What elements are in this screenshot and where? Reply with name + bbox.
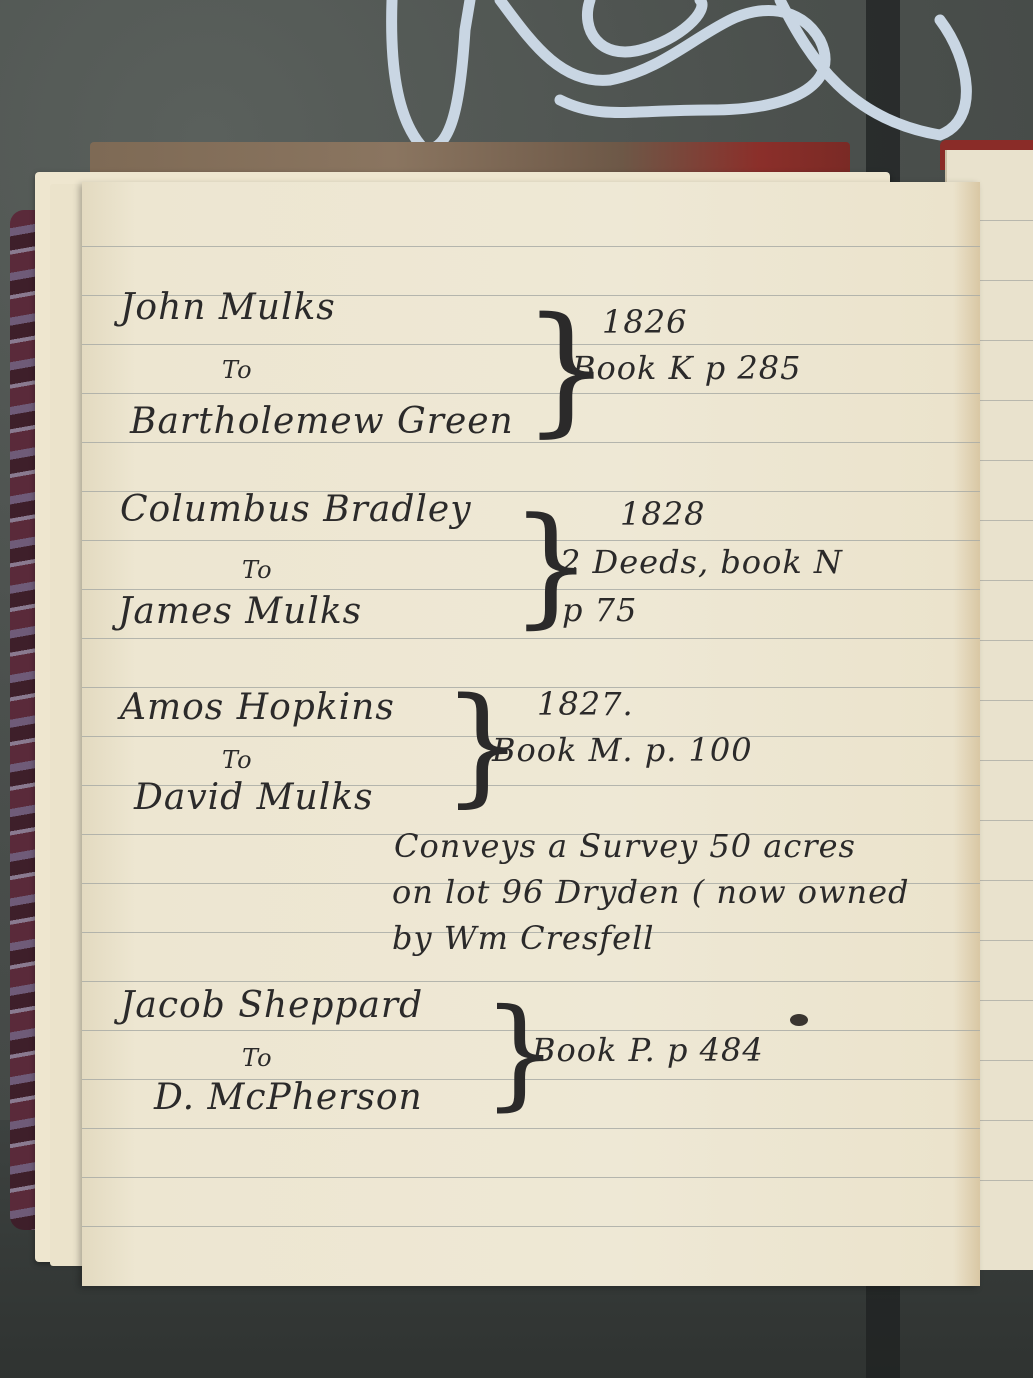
connector-to: To bbox=[242, 558, 273, 582]
grantor-name: Amos Hopkins bbox=[120, 690, 395, 726]
ledger-page: John Mulks To Bartholemew Green } 1826 B… bbox=[82, 182, 980, 1286]
note-line: on lot 96 Dryden ( now owned bbox=[392, 876, 909, 908]
connector-to: To bbox=[222, 748, 253, 772]
book-reference: 2 Deeds, book N bbox=[560, 546, 843, 578]
book-reference: Book M. p. 100 bbox=[492, 734, 753, 766]
grantor-name: Jacob Sheppard bbox=[120, 988, 423, 1024]
grantee-name: David Mulks bbox=[134, 780, 374, 816]
connector-to: To bbox=[242, 1046, 273, 1070]
cord-icon bbox=[380, 0, 980, 150]
deed-year: 1827. bbox=[537, 688, 634, 720]
grantee-name: James Mulks bbox=[118, 594, 362, 630]
grantor-name: Columbus Bradley bbox=[120, 492, 472, 528]
grantee-name: Bartholemew Green bbox=[130, 404, 514, 440]
grantor-name: John Mulks bbox=[120, 290, 336, 326]
page-reference: p 75 bbox=[562, 594, 637, 626]
deed-year: 1828 bbox=[620, 498, 705, 530]
book-reference: Book K p 285 bbox=[572, 352, 801, 384]
grantee-name: D. McPherson bbox=[154, 1080, 423, 1116]
connector-to: To bbox=[222, 358, 253, 382]
note-line: by Wm Cresfell bbox=[392, 922, 655, 954]
book-reference: Book P. p 484 bbox=[532, 1034, 764, 1066]
deed-year: 1826 bbox=[602, 306, 687, 338]
book-cover-top-edge bbox=[90, 142, 850, 172]
note-line: Conveys a Survey 50 acres bbox=[394, 830, 856, 862]
ink-blot bbox=[790, 1014, 808, 1026]
